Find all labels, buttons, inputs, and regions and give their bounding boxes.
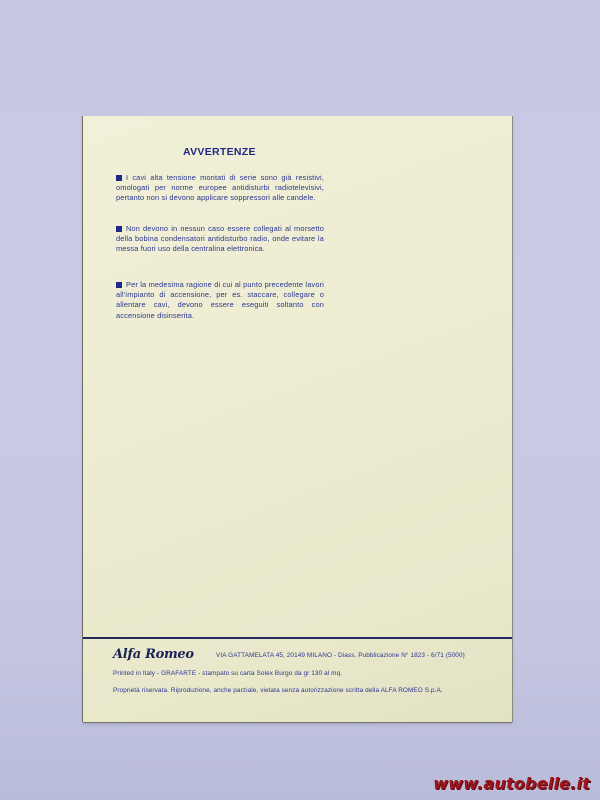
website-watermark: www.autobelle.it <box>433 774 590 793</box>
square-bullet-icon <box>116 175 122 181</box>
manual-back-page: AVVERTENZE I cavi alta tensione montati … <box>83 116 512 722</box>
alfa-romeo-logo: Alfa Romeo <box>113 647 194 662</box>
page-title: AVVERTENZE <box>183 146 256 158</box>
warning-text-1: I cavi alta tensione montati di serie so… <box>116 173 324 202</box>
footer-divider <box>83 637 512 639</box>
copyright-notice: Proprietà riservata. Riproduzione, anche… <box>113 686 473 695</box>
warning-paragraph-3: Per la medesima ragione di cui al punto … <box>116 280 324 321</box>
warning-paragraph-2: Non devono in nessun caso essere collega… <box>116 224 324 255</box>
warning-paragraph-1: I cavi alta tensione montati di serie so… <box>116 173 324 204</box>
warning-text-3: Per la medesima ragione di cui al punto … <box>116 280 324 320</box>
square-bullet-icon <box>116 226 122 232</box>
publisher-address: VIA GATTAMELATA 45, 20149 MILANO - Diass… <box>216 652 465 659</box>
printing-info: Printed in Italy - GRAFARTE - stampato s… <box>113 670 342 677</box>
warning-text-2: Non devono in nessun caso essere collega… <box>116 224 324 253</box>
square-bullet-icon <box>116 282 122 288</box>
